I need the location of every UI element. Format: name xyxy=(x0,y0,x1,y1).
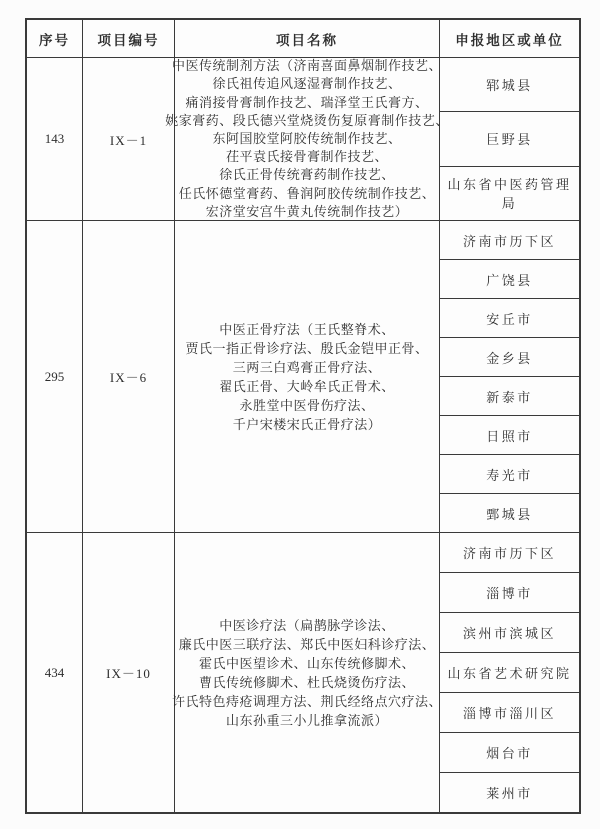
serial-cell: 434 xyxy=(27,533,82,812)
table-row: 434 IX－10 中医诊疗法（扁鹊脉学诊法、 廉氏中医三联疗法、郑氏中医妇科诊… xyxy=(27,532,579,812)
project-code-cell: IX－6 xyxy=(82,221,174,532)
project-name-cell: 中医传统制剂方法（济南喜面鼻烟制作技艺、 徐氏祖传追风逐湿膏制作技艺、 痛消接骨… xyxy=(174,58,439,220)
project-name-line: 痛消接骨膏制作技艺、瑞泽堂王氏膏方、 xyxy=(185,94,428,112)
declaring-unit: 寿光市 xyxy=(440,454,579,493)
declaring-unit: 鄄城县 xyxy=(440,493,579,532)
project-code-cell: IX－10 xyxy=(82,533,174,812)
heritage-projects-table: 序号 项目编号 项目名称 申报地区或单位 143 IX－1 中医传统制剂方法（济… xyxy=(25,18,581,814)
project-name-line: 许氏特色痔疮调理方法、荆氏经络点穴疗法、 xyxy=(172,692,442,711)
declaring-unit: 郓城县 xyxy=(440,58,579,111)
header-serial: 序号 xyxy=(27,20,82,57)
declaring-unit: 新泰市 xyxy=(440,376,579,415)
project-name-line: 永胜堂中医骨伤疗法、 xyxy=(239,396,374,415)
document-page: 序号 项目编号 项目名称 申报地区或单位 143 IX－1 中医传统制剂方法（济… xyxy=(0,0,600,829)
project-name-line: 徐氏祖传追风逐湿膏制作技艺、 xyxy=(212,75,401,93)
declaring-unit: 安丘市 xyxy=(440,298,579,337)
declaring-unit-cell-group: 郓城县 巨野县 山东省中医药管理局 xyxy=(439,58,579,220)
declaring-unit-cell-group: 济南市历下区 广饶县 安丘市 金乡县 新泰市 日照市 寿光市 鄄城县 xyxy=(439,221,579,532)
project-name-cell: 中医正骨疗法（王氏整脊术、 贾氏一指正骨诊疗法、殷氏金铠甲正骨、 三两三白鸡膏正… xyxy=(174,221,439,532)
declaring-unit-cell-group: 济南市历下区 淄博市 滨州市滨城区 山东省艺术研究院 淄博市淄川区 烟台市 莱州… xyxy=(439,533,579,812)
declaring-unit: 济南市历下区 xyxy=(440,221,579,259)
project-name-line: 千户宋楼宋氏正骨疗法） xyxy=(233,415,382,434)
project-code-cell: IX－1 xyxy=(82,58,174,220)
project-name-line: 曹氏传统修脚术、杜氏烧烫伤疗法、 xyxy=(199,673,415,692)
project-name-line: 翟氏正骨、大岭牟氏正骨术、 xyxy=(219,377,395,396)
project-name-line: 中医正骨疗法（王氏整脊术、 xyxy=(219,320,395,339)
project-name-cell: 中医诊疗法（扁鹊脉学诊法、 廉氏中医三联疗法、郑氏中医妇科诊疗法、 霍氏中医望诊… xyxy=(174,533,439,812)
project-name-line: 三两三白鸡膏正骨疗法、 xyxy=(233,358,382,377)
project-name-line: 姚家膏药、段氏德兴堂烧烫伤复原膏制作技艺、 xyxy=(165,112,449,130)
declaring-unit: 日照市 xyxy=(440,415,579,454)
project-name-line: 廉氏中医三联疗法、郑氏中医妇科诊疗法、 xyxy=(179,635,436,654)
project-name-line: 任氏怀德堂膏药、鲁润阿胶传统制作技艺、 xyxy=(179,185,436,203)
declaring-unit: 烟台市 xyxy=(440,732,579,772)
declaring-unit: 金乡县 xyxy=(440,337,579,376)
table-row: 295 IX－6 中医正骨疗法（王氏整脊术、 贾氏一指正骨诊疗法、殷氏金铠甲正骨… xyxy=(27,220,579,532)
header-declaring-unit: 申报地区或单位 xyxy=(439,20,579,57)
declaring-unit: 济南市历下区 xyxy=(440,533,579,572)
table-row: 143 IX－1 中医传统制剂方法（济南喜面鼻烟制作技艺、 徐氏祖传追风逐湿膏制… xyxy=(27,57,579,220)
declaring-unit: 山东省艺术研究院 xyxy=(440,652,579,692)
project-name-line: 东阿国胶堂阿胶传统制作技艺、 xyxy=(212,130,401,148)
project-name-line: 霍氏中医望诊术、山东传统修脚术、 xyxy=(199,654,415,673)
declaring-unit: 滨州市滨城区 xyxy=(440,612,579,652)
declaring-unit: 山东省中医药管理局 xyxy=(440,166,579,220)
project-name-line: 中医传统制剂方法（济南喜面鼻烟制作技艺、 xyxy=(172,57,442,75)
serial-cell: 295 xyxy=(27,221,82,532)
declaring-unit: 淄博市淄川区 xyxy=(440,692,579,732)
declaring-unit: 淄博市 xyxy=(440,572,579,612)
project-name-line: 中医诊疗法（扁鹊脉学诊法、 xyxy=(219,616,395,635)
project-name-line: 徐氏正骨传统膏药制作技艺、 xyxy=(219,166,395,184)
project-name-line: 茌平袁氏接骨膏制作技艺、 xyxy=(226,148,388,166)
declaring-unit: 广饶县 xyxy=(440,259,579,298)
header-project-code: 项目编号 xyxy=(82,20,174,57)
table-header-row: 序号 项目编号 项目名称 申报地区或单位 xyxy=(27,20,579,57)
serial-cell: 143 xyxy=(27,58,82,220)
project-name-line: 贾氏一指正骨诊疗法、殷氏金铠甲正骨、 xyxy=(185,339,428,358)
project-name-line: 山东孙重三小儿推拿流派） xyxy=(226,711,388,730)
project-name-line: 宏济堂安宫牛黄丸传统制作技艺） xyxy=(206,203,409,221)
header-project-name: 项目名称 xyxy=(174,20,439,57)
declaring-unit: 莱州市 xyxy=(440,772,579,812)
declaring-unit: 巨野县 xyxy=(440,111,579,165)
